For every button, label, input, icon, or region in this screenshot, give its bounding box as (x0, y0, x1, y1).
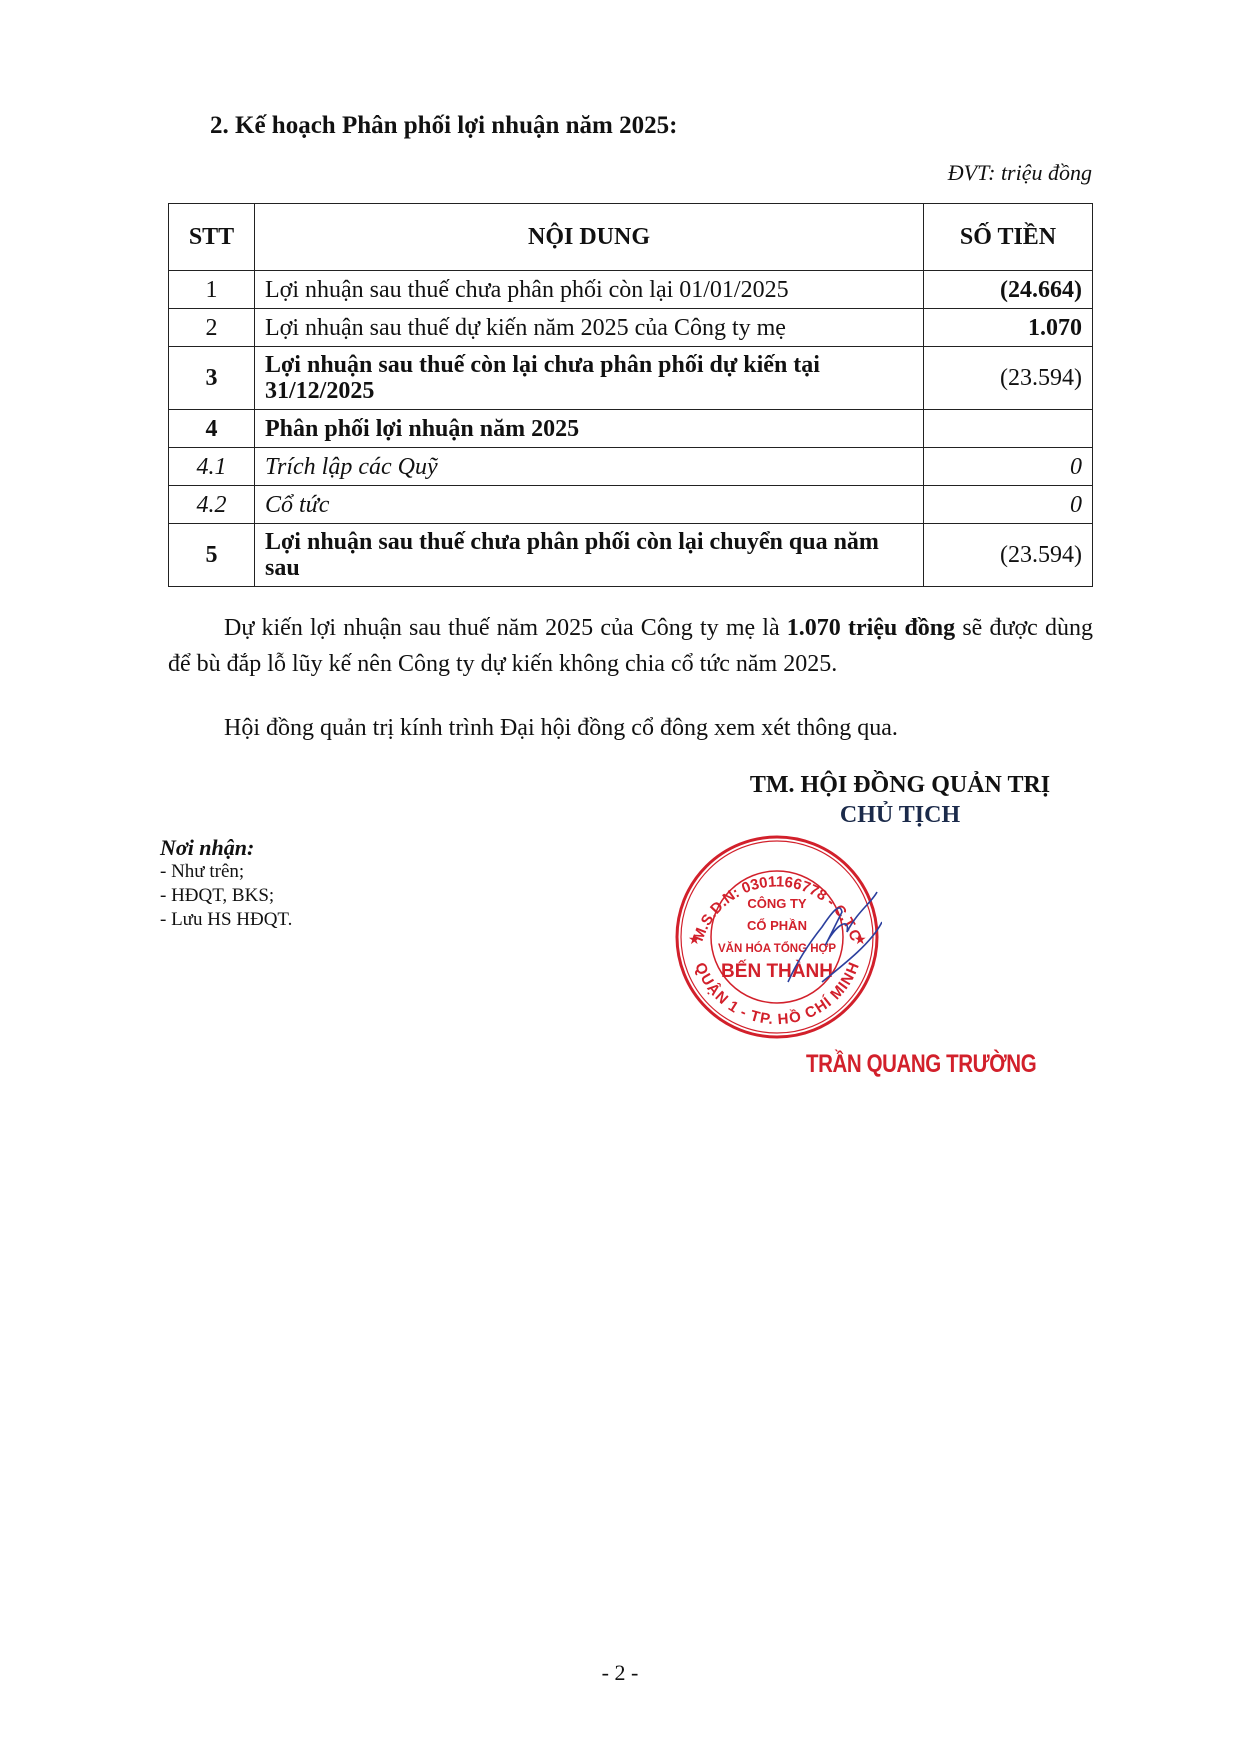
seal-center-line: BẾN THÀNH (721, 960, 833, 982)
row-amount: (23.594) (924, 524, 1093, 587)
row-content: Lợi nhuận sau thuế còn lại chưa phân phố… (255, 347, 924, 410)
svg-text:★: ★ (688, 931, 701, 947)
table-row: 3 Lợi nhuận sau thuế còn lại chưa phân p… (169, 347, 1093, 410)
row-stt: 2 (169, 309, 255, 347)
submission-paragraph: Hội đồng quản trị kính trình Đại hội đồn… (224, 710, 898, 746)
row-stt: 4 (169, 410, 255, 448)
row-stt: 4.1 (169, 448, 255, 486)
row-content: Lợi nhuận sau thuế chưa phân phối còn lạ… (255, 524, 924, 587)
table-row: 4.2 Cổ tức 0 (169, 486, 1093, 524)
signature-position: CHỦ TỊCH (700, 800, 1100, 830)
paragraph-highlight: 1.070 triệu đồng (787, 615, 955, 641)
row-stt: 3 (169, 347, 255, 410)
table-row: 4 Phân phối lợi nhuận năm 2025 (169, 410, 1093, 448)
conclusion-paragraph: Dự kiến lợi nhuận sau thuế năm 2025 của … (168, 610, 1093, 682)
row-stt: 5 (169, 524, 255, 587)
row-content: Trích lập các Quỹ (255, 448, 924, 486)
row-amount: 1.070 (924, 309, 1093, 347)
recipient-item: - Lưu HS HĐQT. (160, 908, 292, 932)
table-row: 1 Lợi nhuận sau thuế chưa phân phối còn … (169, 271, 1093, 309)
row-content: Phân phối lợi nhuận năm 2025 (255, 410, 924, 448)
table-row: 5 Lợi nhuận sau thuế chưa phân phối còn … (169, 524, 1093, 587)
seal-center-line: VĂN HÓA TỔNG HỢP (718, 942, 836, 955)
signatory-name: TRẦN QUANG TRƯỜNG (806, 1050, 1036, 1079)
row-amount: (23.594) (924, 347, 1093, 410)
seal-center-line: CỔ PHẦN (747, 918, 807, 933)
row-content: Cổ tức (255, 486, 924, 524)
table-row: 4.1 Trích lập các Quỹ 0 (169, 448, 1093, 486)
profit-distribution-table: STT NỘI DUNG SỐ TIỀN 1 Lợi nhuận sau thu… (168, 203, 1093, 587)
row-amount: 0 (924, 486, 1093, 524)
row-content: Lợi nhuận sau thuế dự kiến năm 2025 của … (255, 309, 924, 347)
row-content: Lợi nhuận sau thuế chưa phân phối còn lạ… (255, 271, 924, 309)
recipients-heading: Nơi nhận: (160, 836, 292, 860)
table-header-row: STT NỘI DUNG SỐ TIỀN (169, 204, 1093, 271)
signature-org: TM. HỘI ĐỒNG QUẢN TRỊ (700, 770, 1100, 800)
section-title: 2. Kế hoạch Phân phối lợi nhuận năm 2025… (210, 112, 677, 140)
recipient-item: - HĐQT, BKS; (160, 884, 292, 908)
row-stt: 4.2 (169, 486, 255, 524)
unit-label: ĐVT: triệu đồng (948, 160, 1092, 186)
recipients-block: Nơi nhận: - Như trên; - HĐQT, BKS; - Lưu… (160, 836, 292, 932)
signature-block-title: TM. HỘI ĐỒNG QUẢN TRỊ CHỦ TỊCH (700, 770, 1100, 830)
header-stt: STT (169, 204, 255, 271)
table-row: 2 Lợi nhuận sau thuế dự kiến năm 2025 củ… (169, 309, 1093, 347)
paragraph-text: Dự kiến lợi nhuận sau thuế năm 2025 của … (224, 615, 787, 641)
seal-center-line: CÔNG TY (747, 896, 807, 911)
row-amount (924, 410, 1093, 448)
recipient-item: - Như trên; (160, 860, 292, 884)
page-number: - 2 - (0, 1660, 1240, 1686)
row-amount: (24.664) (924, 271, 1093, 309)
row-stt: 1 (169, 271, 255, 309)
row-amount: 0 (924, 448, 1093, 486)
header-content: NỘI DUNG (255, 204, 924, 271)
company-seal-icon: M.S.D.N: 0301166778 - C.T.C QUẬN 1 - TP.… (672, 832, 882, 1042)
header-amount: SỐ TIỀN (924, 204, 1093, 271)
